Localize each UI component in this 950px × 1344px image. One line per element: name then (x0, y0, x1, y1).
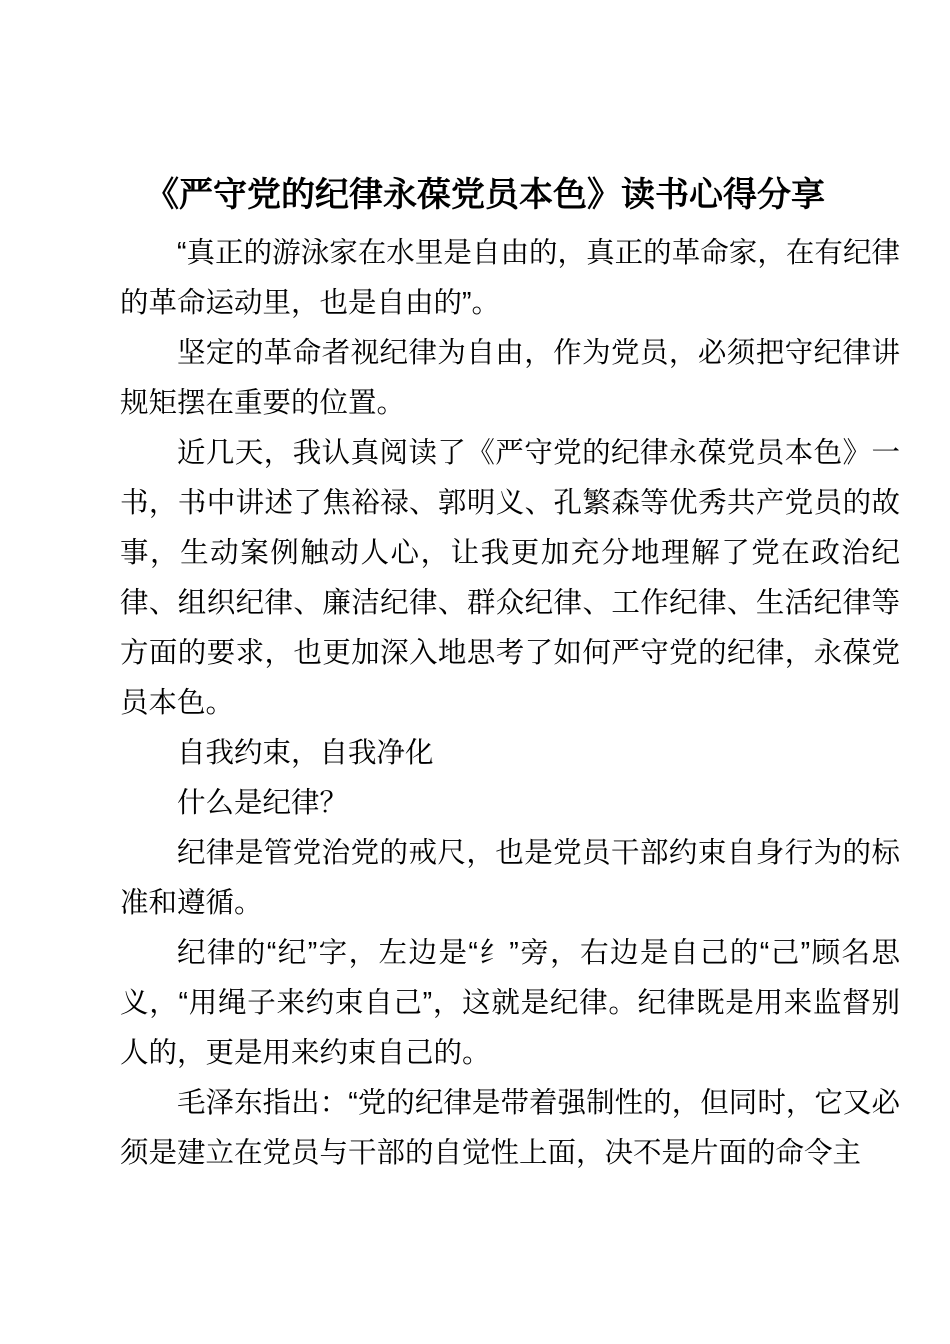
document-page: 《严守党的纪律永葆党员本色》读书心得分享 “真正的游泳家在水里是自由的，真正的革… (0, 0, 950, 1344)
paragraph-question: 什么是纪律？ (120, 778, 900, 828)
document-body: “真正的游泳家在水里是自由的，真正的革命家，在有纪律的革命运动里，也是自由的”。… (120, 228, 900, 1178)
paragraph-quote: “真正的游泳家在水里是自由的，真正的革命家，在有纪律的革命运动里，也是自由的”。 (120, 228, 900, 328)
document-content: 《严守党的纪律永葆党员本色》读书心得分享 “真正的游泳家在水里是自由的，真正的革… (120, 0, 900, 1178)
paragraph: 坚定的革命者视纪律为自由，作为党员，必须把守纪律讲规矩摆在重要的位置。 (120, 328, 900, 428)
paragraph-subheading: 自我约束，自我净化 (120, 728, 900, 778)
paragraph: 纪律是管党治党的戒尺，也是党员干部约束自身行为的标准和遵循。 (120, 828, 900, 928)
paragraph-truncated: 毛泽东指出：“党的纪律是带着强制性的，但同时，它又必须是建立在党员与干部的自觉性… (120, 1078, 900, 1178)
paragraph: 近几天，我认真阅读了《严守党的纪律永葆党员本色》一书，书中讲述了焦裕禄、郭明义、… (120, 428, 900, 728)
document-title: 《严守党的纪律永葆党员本色》读书心得分享 (95, 168, 875, 222)
paragraph: 纪律的“纪”字，左边是“纟”旁，右边是自己的“己”顾名思义，“用绳子来约束自己”… (120, 928, 900, 1078)
